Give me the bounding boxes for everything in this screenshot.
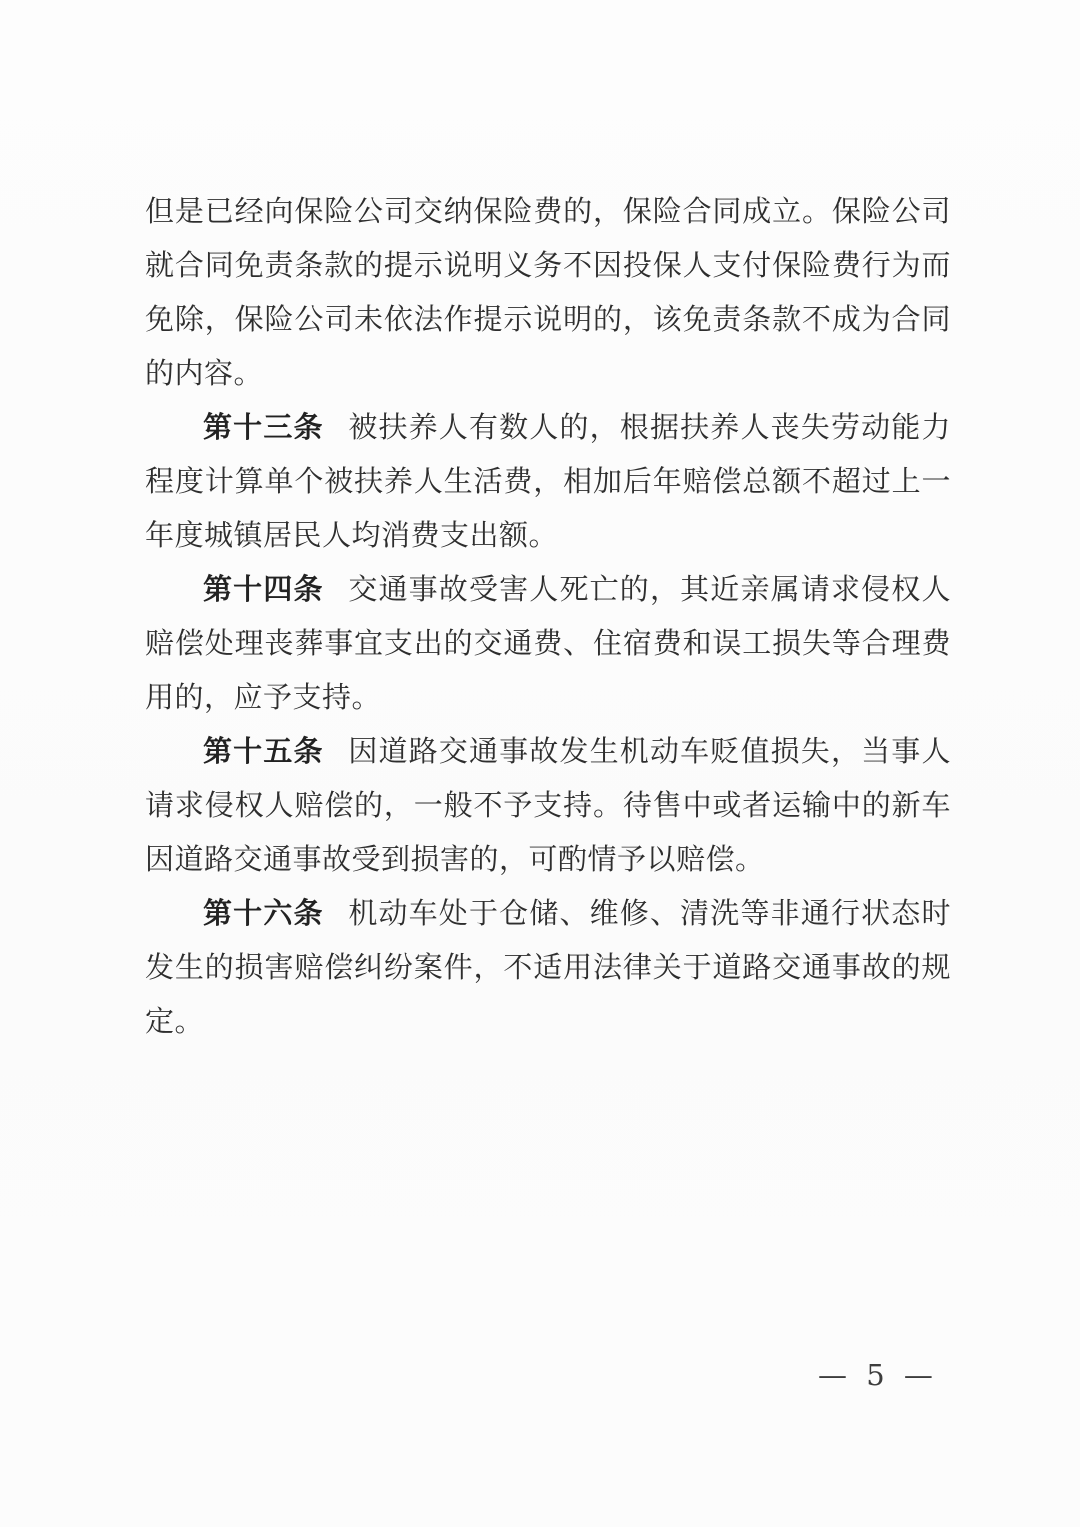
- page-number: — 5 —: [818, 1358, 935, 1392]
- scanned-document-page: 但是已经向保险公司交纳保险费的，保险合同成立。保险公司就合同免责条款的提示说明义…: [0, 0, 1080, 1527]
- paragraph-text: 但是已经向保险公司交纳保险费的，保险合同成立。保险公司就合同免责条款的提示说明义…: [145, 194, 951, 390]
- article-paragraph: 第十五条因道路交通事故发生机动车贬值损失，当事人请求侵权人赔偿的，一般不予支持。…: [145, 724, 951, 886]
- article-number-label: 第十六条: [203, 896, 324, 930]
- document-body: 但是已经向保险公司交纳保险费的，保险合同成立。保险公司就合同免责条款的提示说明义…: [145, 184, 951, 1048]
- continuation-paragraph: 但是已经向保险公司交纳保险费的，保险合同成立。保险公司就合同免责条款的提示说明义…: [145, 184, 951, 400]
- article-number-label: 第十四条: [203, 572, 324, 606]
- page-footer: — 5 —: [0, 1358, 1080, 1408]
- article-paragraph: 第十四条交通事故受害人死亡的，其近亲属请求侵权人赔偿处理丧葬事宜支出的交通费、住…: [145, 562, 951, 724]
- article-paragraph: 第十六条机动车处于仓储、维修、清洗等非通行状态时发生的损害赔偿纠纷案件，不适用法…: [145, 886, 951, 1048]
- article-number-label: 第十三条: [203, 410, 324, 444]
- article-paragraph: 第十三条被扶养人有数人的，根据扶养人丧失劳动能力程度计算单个被扶养人生活费，相加…: [145, 400, 951, 562]
- article-number-label: 第十五条: [203, 734, 324, 768]
